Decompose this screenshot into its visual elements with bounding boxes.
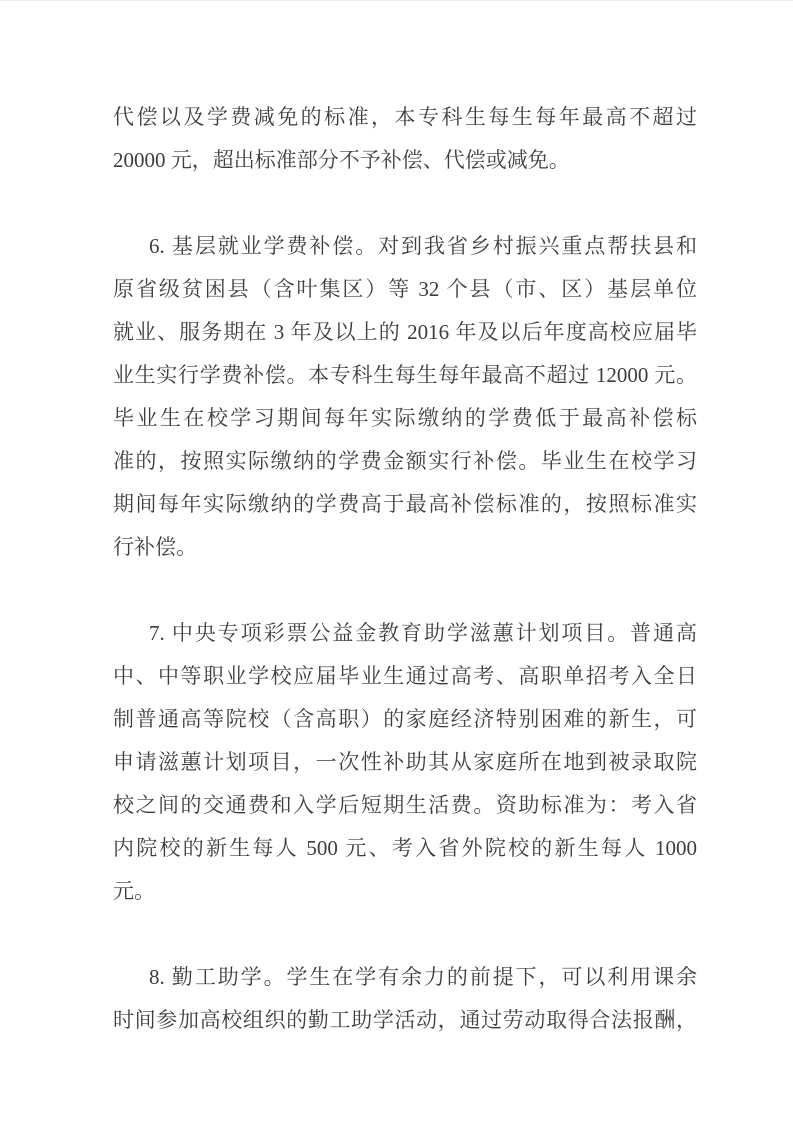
- document-page: 代偿以及学费减免的标准，本专科生每生每年最高不超过 20000 元，超出标准部分…: [113, 96, 697, 1042]
- text-line: 7. 中央专项彩票公益金教育助学滋蕙计划项目。普通高: [113, 612, 697, 655]
- text-line: 行补偿。: [113, 526, 697, 569]
- text-line: 业生实行学费补偿。本专科生每生每年最高不超过 12000 元。: [113, 354, 697, 397]
- paragraph-6-grassroots-tuition-compensation: 6. 基层就业学费补偿。对到我省乡村振兴重点帮扶县和 原省级贫困县（含叶集区）等…: [113, 225, 697, 569]
- text-line: 20000 元，超出标准部分不予补偿、代偿或减免。: [113, 139, 697, 182]
- text-line: 中、中等职业学校应届毕业生通过高考、高职单招考入全日: [113, 655, 697, 698]
- paragraph-8-work-study: 8. 勤工助学。学生在学有余力的前提下，可以利用课余 时间参加高校组织的勤工助学…: [113, 956, 697, 1042]
- text-line: 时间参加高校组织的勤工助学活动，通过劳动取得合法报酬，: [113, 999, 697, 1042]
- paragraph-7-zihui-program: 7. 中央专项彩票公益金教育助学滋蕙计划项目。普通高 中、中等职业学校应届毕业生…: [113, 612, 697, 913]
- text-line: 申请滋蕙计划项目，一次性补助其从家庭所在地到被录取院: [113, 741, 697, 784]
- paragraph-tuition-cap-continuation: 代偿以及学费减免的标准，本专科生每生每年最高不超过 20000 元，超出标准部分…: [113, 96, 697, 182]
- text-line: 就业、服务期在 3 年及以上的 2016 年及以后年度高校应届毕: [113, 311, 697, 354]
- text-line: 6. 基层就业学费补偿。对到我省乡村振兴重点帮扶县和: [113, 225, 697, 268]
- text-line: 元。: [113, 870, 697, 913]
- text-line: 代偿以及学费减免的标准，本专科生每生每年最高不超过: [113, 96, 697, 139]
- text-line: 原省级贫困县（含叶集区）等 32 个县（市、区）基层单位: [113, 268, 697, 311]
- text-line: 准的，按照实际缴纳的学费金额实行补偿。毕业生在校学习: [113, 440, 697, 483]
- text-line: 校之间的交通费和入学后短期生活费。资助标准为：考入省: [113, 784, 697, 827]
- text-line: 制普通高等院校（含高职）的家庭经济特别困难的新生，可: [113, 698, 697, 741]
- text-line: 8. 勤工助学。学生在学有余力的前提下，可以利用课余: [113, 956, 697, 999]
- text-line: 内院校的新生每人 500 元、考入省外院校的新生每人 1000: [113, 827, 697, 870]
- text-line: 毕业生在校学习期间每年实际缴纳的学费低于最高补偿标: [113, 397, 697, 440]
- text-line: 期间每年实际缴纳的学费高于最高补偿标准的，按照标准实: [113, 483, 697, 526]
